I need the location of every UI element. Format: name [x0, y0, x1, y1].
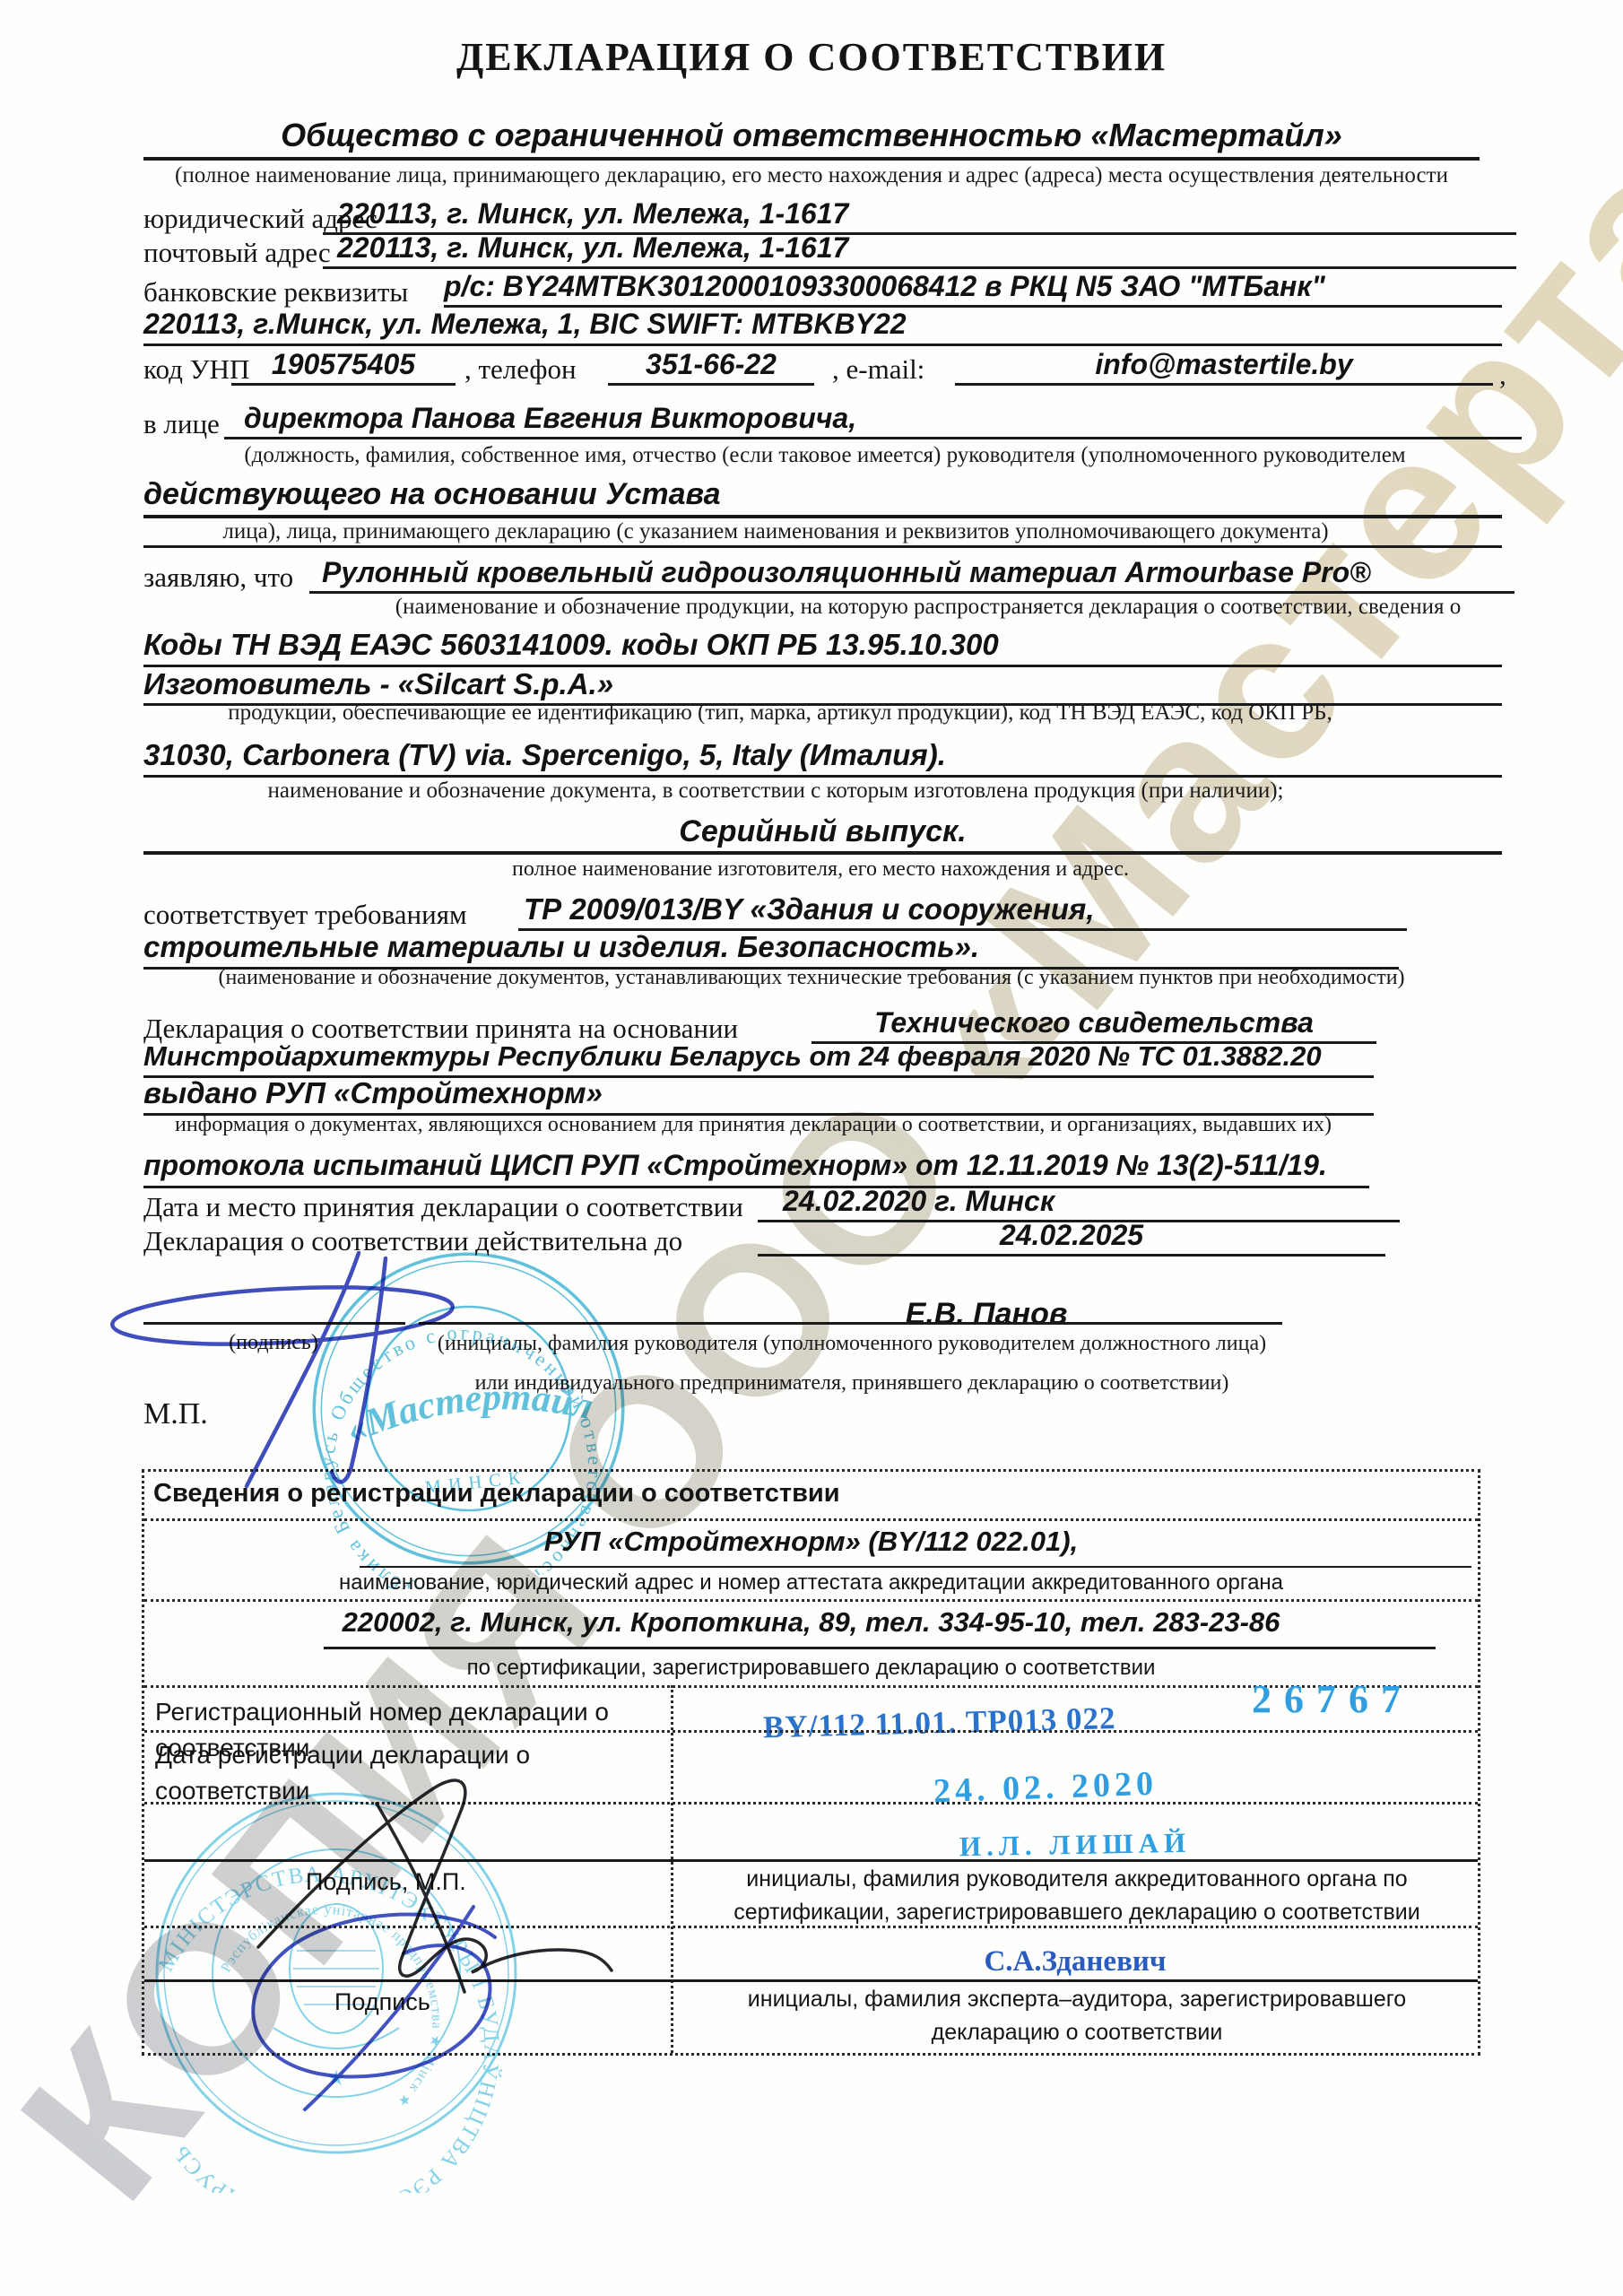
product-note-1: (наименование и обозначение продукции, н… — [377, 595, 1480, 620]
head-name: Е.В. Панов — [807, 1297, 1166, 1332]
basis-value-line-3: выдано РУП «Стройтехнорм» — [143, 1076, 1374, 1116]
column-divider — [671, 1685, 673, 2053]
product-note-4: полное наименование изготовителя, его ме… — [439, 857, 1202, 882]
acting-basis-value: действующего на основании Устава — [143, 477, 1502, 518]
bank-details-label: банковские реквизиты — [143, 276, 408, 309]
phone-label: , телефон — [464, 353, 577, 386]
bank-details-line2: 220113, г.Минск, ул. Мележа, 1, BIC SWIF… — [143, 308, 1502, 346]
email-trailing-comma: , — [1499, 359, 1506, 391]
representative-note-1: (должность, фамилия, собственное имя, от… — [179, 443, 1471, 468]
basis-value-line-1: Технического свидетельства — [811, 1006, 1376, 1044]
reg-number-stamp: BY/112 11.01. ТР013 022 — [763, 1697, 1266, 1746]
declare-label: заявляю, что — [143, 561, 293, 594]
valid-until-value: 24.02.2025 — [758, 1219, 1385, 1257]
compliance-note: (наименование и обозначение документов, … — [143, 966, 1480, 990]
phone-value: 351-66-22 — [608, 348, 814, 386]
product-codes: Коды ТН ВЭД ЕАЭС 5603141009. коды ОКП РБ… — [143, 628, 1502, 667]
basis-value-line-2: Минстройархитектуры Республики Беларусь … — [143, 1040, 1374, 1078]
postal-address-label: почтовый адрес — [143, 237, 331, 269]
product-note-2: продукции, обеспечивающие ее идентификац… — [206, 700, 1354, 726]
manufacturer-address: 31030, Carbonera (TV) via. Spercenigo, 5… — [143, 738, 1502, 778]
director-signature — [63, 1251, 547, 1493]
head-stamp-note-2: сертификации, зарегистрировавшего деклар… — [682, 1900, 1471, 1926]
in-person-label: в лице — [143, 408, 220, 440]
product-name: Рулонный кровельный гидроизоляционный ма… — [309, 556, 1515, 594]
declarant-company-name: Общество с ограниченной ответственностью… — [143, 117, 1480, 161]
adoption-date-value: 24.02.2020 г. Минск — [758, 1185, 1400, 1222]
unp-value: 190575405 — [231, 348, 456, 386]
document-title: ДЕКЛАРАЦИЯ О СООТВЕТСТВИИ — [143, 34, 1480, 80]
adoption-date-label: Дата и место принятия декларации о соотв… — [143, 1191, 743, 1223]
reg-number-handwritten: 26767 — [1252, 1676, 1413, 1722]
in-person-value: директора Панова Евгения Викторовича, — [224, 402, 1522, 439]
serial-underline-2 — [143, 853, 1502, 855]
email-label: , e-mail: — [832, 353, 924, 386]
postal-address-value: 220113, г. Минск, ул. Мележа, 1-1617 — [323, 231, 1516, 269]
bank-details-line1: р/с: BY24MTBK30120001093300068412 в РКЦ … — [444, 270, 1502, 308]
separator-rule — [143, 545, 1502, 548]
dashed-separator — [144, 1599, 1478, 1602]
email-value: info@mastertile.by — [955, 348, 1493, 386]
registration-org-address: 220002, г. Минск, ул. Кропоткина, 89, те… — [144, 1606, 1478, 1639]
representative-note-2: лица), лица, принимающего декларацию (с … — [179, 519, 1372, 544]
test-protocol: протокола испытаний ЦИСП РУП «Стройтехно… — [143, 1149, 1369, 1188]
expert-note-1: инициалы, фамилия эксперта–аудитора, зар… — [682, 1987, 1471, 2013]
expert-signature — [197, 1901, 529, 2117]
head-stamp-note-1: инициалы, фамилия руководителя аккредито… — [682, 1866, 1471, 1892]
org-address-underline — [324, 1647, 1436, 1649]
basis-note: информация о документах, являющихся осно… — [157, 1113, 1350, 1137]
dashed-separator — [144, 1730, 1478, 1733]
declaration-document-page: КОПИЯ ООО «Мастертайл» ДЕКЛАРАЦИЯ О СООТ… — [0, 0, 1623, 2296]
expert-name-stamp: С.А.Зданевич — [673, 1945, 1478, 1979]
expert-note-2: декларацию о соответствии — [682, 2020, 1471, 2046]
product-note-3: наименование и обозначение документа, в … — [251, 778, 1300, 804]
serial-release: Серийный выпуск. — [143, 814, 1502, 855]
legal-address-value: 220113, г. Минск, ул. Мележа, 1-1617 — [323, 197, 1516, 235]
compliance-label: соответствует требованиям — [143, 899, 467, 931]
requirement-line-2: строительные материалы и изделия. Безопа… — [143, 930, 1399, 970]
company-note: (полное наименование лица, принимающего … — [143, 163, 1480, 188]
requirement-line-1: ТР 2009/013/BY «Здания и сооружения, — [518, 892, 1407, 931]
